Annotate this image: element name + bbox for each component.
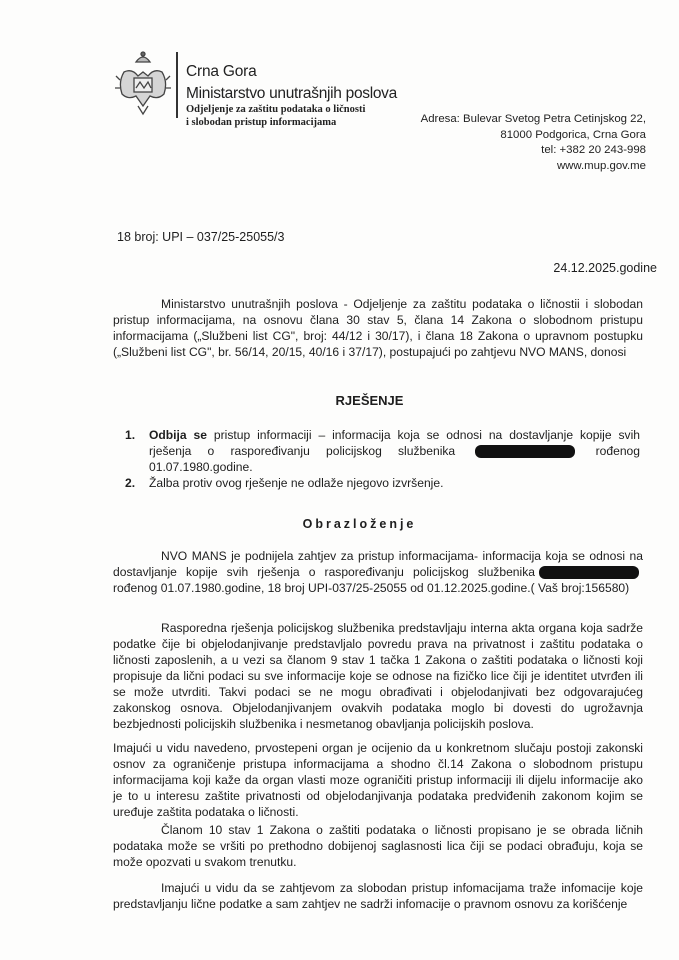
reasoning-paragraph: Imajući u vidu navedeno, prvostepeni org… [113,740,643,820]
paragraph-text: Rasporedna rješenja policijskog službeni… [113,621,643,731]
address-phone: tel: +382 20 243-998 [421,143,646,159]
decision-list: 1. Odbija se pristup informaciji – infor… [125,427,640,491]
decision-title: RJEŠENJE [0,393,679,408]
reasoning-paragraph: Imajući u vidu da se zahtjevom za slobod… [113,880,643,912]
decision-item: 1. Odbija se pristup informaciji – infor… [125,427,640,475]
document-date: 24.12.2025.godine [553,261,657,275]
redaction-mark [539,566,639,579]
address-street: Adresa: Bulevar Svetog Petra Cetinjskog … [421,112,646,128]
paragraph-text-after: rođenog 01.07.1980.godine, 18 broj UPI-0… [113,581,629,595]
paragraph-text: Članom 10 stav 1 Zakona o zaštiti podata… [113,823,643,869]
department-name-line2: i slobodan pristup informacijama [186,117,336,128]
reasoning-paragraph: Rasporedna rješenja policijskog službeni… [113,620,643,732]
country-name: Crna Gora [186,63,257,81]
address-website: www.mup.gov.me [421,159,646,175]
document-page: Crna Gora Ministarstvo unutrašnjih poslo… [0,0,679,960]
paragraph-text: Imajući u vidu navedeno, prvostepeni org… [113,741,643,819]
redaction-mark [475,445,575,458]
address-block: Adresa: Bulevar Svetog Petra Cetinjskog … [421,112,646,174]
intro-paragraph: Ministarstvo unutrašnjih poslova - Odjel… [113,296,643,360]
department-name-line1: Odjeljenje za zaštitu podataka o ličnost… [186,104,365,115]
reasoning-title: Obrazloženje [0,517,679,531]
paragraph-text: Imajući u vidu da se zahtjevom za slobod… [113,881,643,911]
ministry-name: Ministarstvo unutrašnjih poslova [186,85,397,103]
reasoning-paragraph: NVO MANS je podnijela zahtjev za pristup… [113,548,643,596]
decision-text: Žalba protiv ovog rješenje ne odlaže nje… [149,476,443,490]
decision-item-number: 2. [125,475,135,491]
reference-number: 18 broj: UPI – 037/25-25055/3 [117,230,284,244]
decision-item: 2. Žalba protiv ovog rješenje ne odlaže … [125,475,640,491]
decision-lead: Odbija se [149,428,207,442]
address-city: 81000 Podgorica, Crna Gora [421,128,646,144]
reasoning-paragraph: Članom 10 stav 1 Zakona o zaštiti podata… [113,822,643,870]
coat-of-arms-icon [114,50,172,116]
header-divider [176,52,178,118]
intro-text: Ministarstvo unutrašnjih poslova - Odjel… [113,297,643,359]
decision-item-number: 1. [125,427,135,443]
